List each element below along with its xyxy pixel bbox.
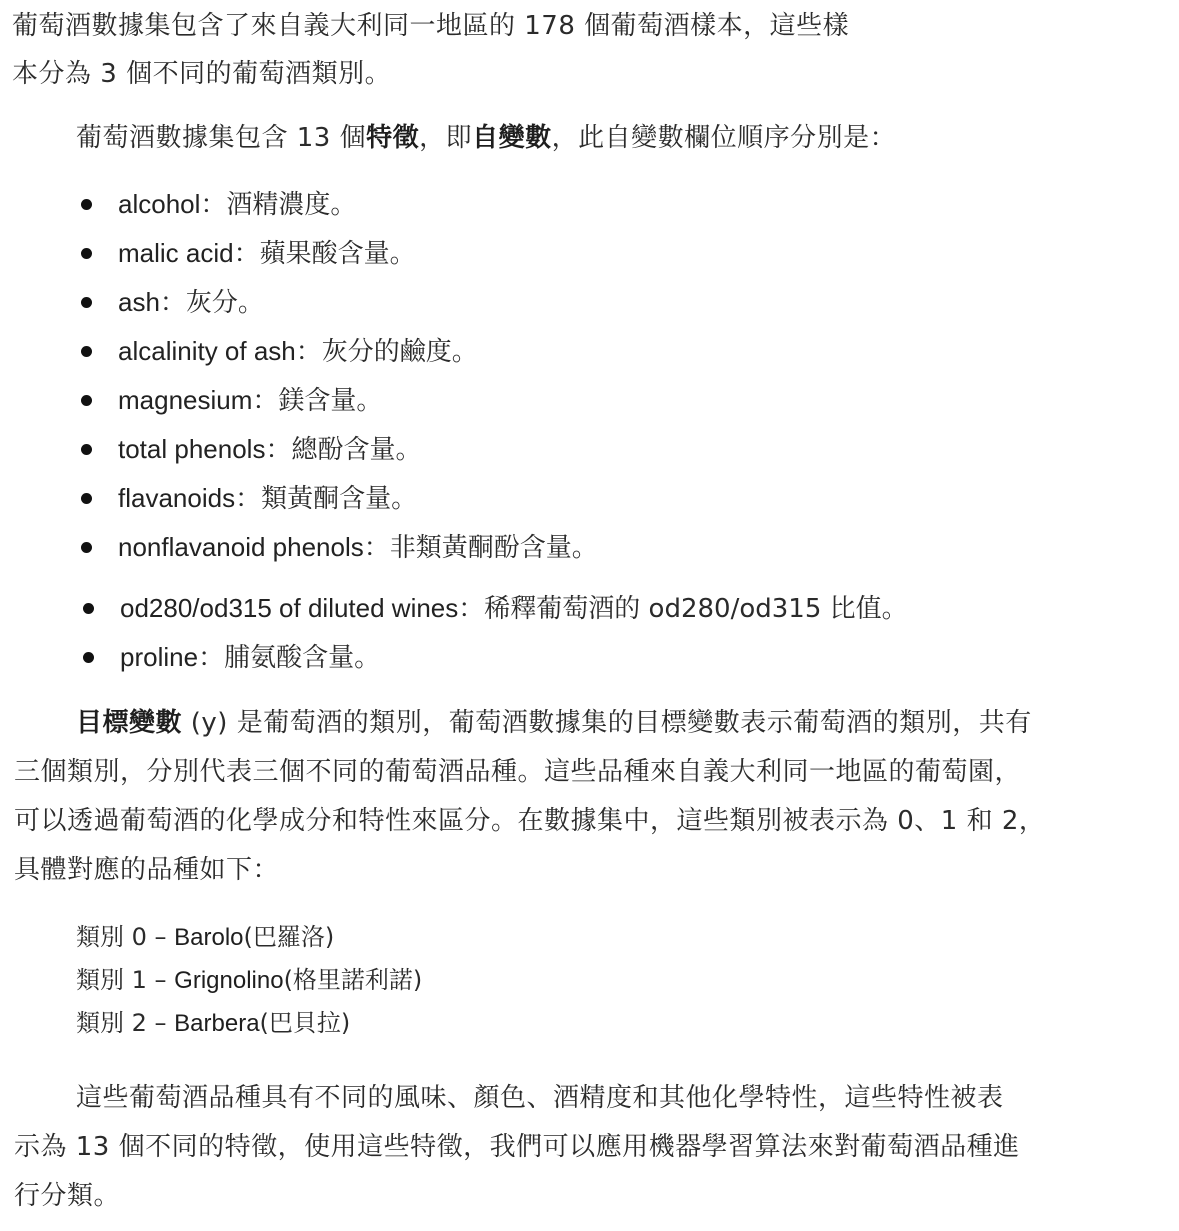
closing-line-2: 示為 13 個不同的特徵，使用這些特徵，我們可以應用機器學習算法來對葡萄酒品種進 xyxy=(14,1131,1020,1163)
bullet-icon xyxy=(83,603,94,614)
feature-term: flavanoids xyxy=(118,483,235,513)
target-line-2: 三個類別，分別代表三個不同的葡萄酒品種。這些品種來自義大利同一地區的葡萄園， xyxy=(14,756,1021,788)
class-name-zh: (格里諾利諾) xyxy=(284,966,423,994)
class-name: Barbera xyxy=(174,1010,259,1037)
target-line-4: 具體對應的品種如下： xyxy=(14,854,279,886)
bullet-icon xyxy=(81,199,92,210)
bullet-icon xyxy=(81,297,92,308)
feature-desc: ：稀釋葡萄酒的 od280/od315 比值。 xyxy=(458,594,907,624)
class-name-zh: (巴羅洛) xyxy=(244,923,335,951)
bullet-icon xyxy=(81,248,92,259)
class-label: 類別 1 – xyxy=(76,966,174,994)
target-variable-keyword: 目標變數 xyxy=(76,708,182,738)
features-keyword: 特徵 xyxy=(366,123,419,153)
class-item: 類別 0 – Barolo(巴羅洛) xyxy=(76,922,334,953)
target-line-1-rest: (y) 是葡萄酒的類別，葡萄酒數據集的目標變數表示葡萄酒的類別，共有 xyxy=(182,708,1032,738)
class-name: Barolo xyxy=(174,924,243,951)
target-line-3: 可以透過葡萄酒的化學成分和特性來區分。在數據集中，這些類別被表示為 0、1 和 … xyxy=(14,805,1045,837)
bullet-icon xyxy=(83,652,94,663)
feature-term: nonflavanoid phenols xyxy=(118,532,364,562)
feature-term: alcalinity of ash xyxy=(118,336,296,366)
feature-desc: ：蘋果酸含量。 xyxy=(234,239,416,269)
class-name: Grignolino xyxy=(174,967,283,994)
features-intro-middle: ，即 xyxy=(419,123,472,153)
feature-term: proline xyxy=(120,642,198,672)
feature-desc: ：酒精濃度。 xyxy=(200,190,356,220)
class-name-zh: (巴貝拉) xyxy=(260,1009,351,1037)
feature-desc: ：總酚含量。 xyxy=(265,435,421,465)
bullet-icon xyxy=(81,346,92,357)
feature-desc: ：灰分。 xyxy=(160,288,264,318)
bullet-icon xyxy=(81,395,92,406)
features-intro-suffix: ，此自變數欄位順序分別是： xyxy=(552,123,897,153)
feature-desc: ：類黃酮含量。 xyxy=(235,484,417,514)
features-intro: 葡萄酒數據集包含 13 個特徵，即自變數，此自變數欄位順序分別是： xyxy=(76,122,896,154)
features-intro-prefix: 葡萄酒數據集包含 13 個 xyxy=(76,123,366,153)
intro-line-1: 葡萄酒數據集包含了來自義大利同一地區的 178 個葡萄酒樣本，這些樣 xyxy=(12,10,849,42)
class-item: 類別 2 – Barbera(巴貝拉) xyxy=(76,1008,350,1039)
closing-line-3: 行分類。 xyxy=(14,1180,120,1212)
feature-term: magnesium xyxy=(118,385,252,415)
class-item: 類別 1 – Grignolino(格里諾利諾) xyxy=(76,965,422,996)
feature-desc: ：脯氨酸含量。 xyxy=(198,643,380,673)
feature-desc: ：鎂含量。 xyxy=(252,386,382,416)
feature-term: malic acid xyxy=(118,238,234,268)
bullet-icon xyxy=(81,493,92,504)
feature-desc: ：灰分的鹼度。 xyxy=(296,337,478,367)
feature-term: total phenols xyxy=(118,434,265,464)
class-label: 類別 2 – xyxy=(76,1009,174,1037)
feature-term: alcohol xyxy=(118,189,200,219)
feature-desc: ：非類黃酮酚含量。 xyxy=(364,533,598,563)
feature-term: ash xyxy=(118,287,160,317)
class-label: 類別 0 – xyxy=(76,923,174,951)
bullet-icon xyxy=(81,444,92,455)
independent-variable-keyword: 自變數 xyxy=(472,123,552,153)
closing-line-1: 這些葡萄酒品種具有不同的風味、顏色、酒精度和其他化學特性，這些特性被表 xyxy=(76,1082,1004,1114)
target-line-1: 目標變數 (y) 是葡萄酒的類別，葡萄酒數據集的目標變數表示葡萄酒的類別，共有 xyxy=(76,707,1032,739)
intro-line-2: 本分為 3 個不同的葡萄酒類別。 xyxy=(12,58,391,90)
feature-term: od280/od315 of diluted wines xyxy=(120,593,458,623)
bullet-icon xyxy=(81,542,92,553)
